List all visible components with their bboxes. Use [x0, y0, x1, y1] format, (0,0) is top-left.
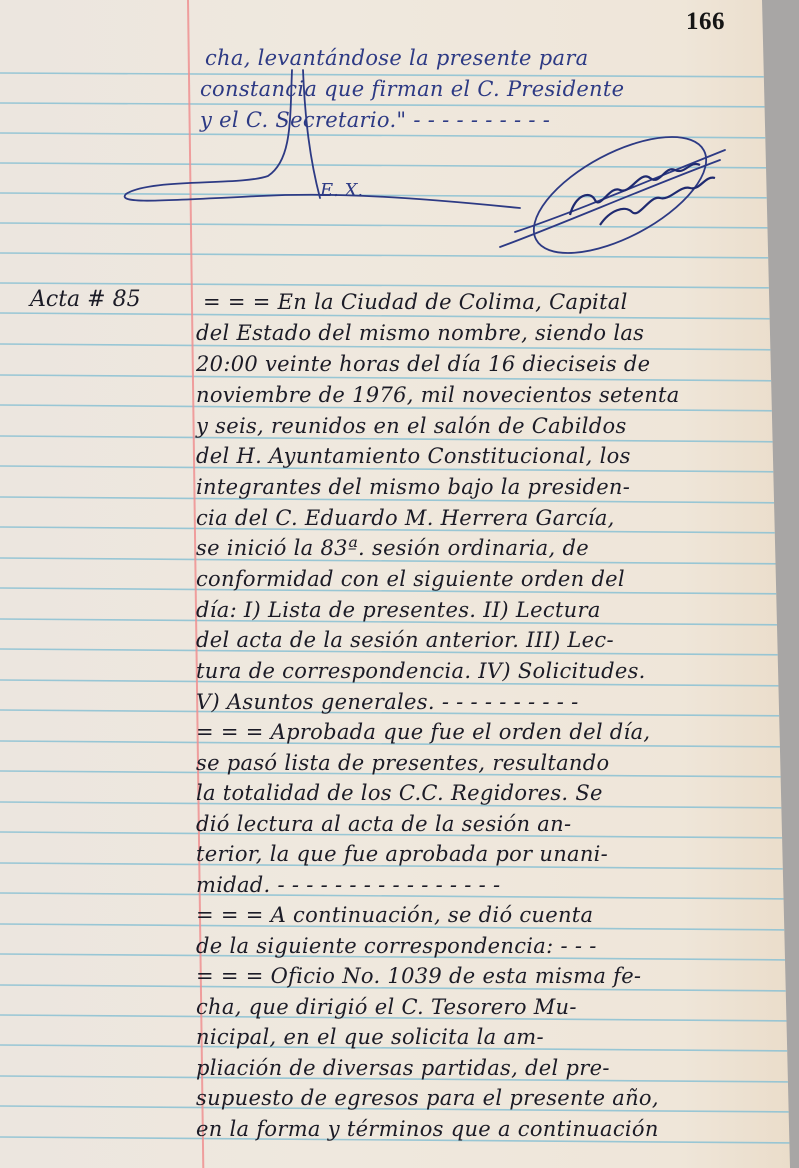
act-line: del acta de la sesión anterior. III) Lec… — [196, 628, 614, 652]
act-line: cha, que dirigió el C. Tesorero Mu- — [196, 995, 577, 1019]
act-line: y seis, reunidos en el salón de Cabildos — [196, 414, 627, 438]
act-line: se pasó lista de presentes, resultando — [196, 751, 609, 775]
act-line: midad. - - - - - - - - - - - - - - - - — [196, 873, 500, 897]
act-line: = = = A continuación, se dió cuenta — [196, 903, 593, 927]
act-line: = = = Aprobada que fue el orden del día, — [196, 720, 650, 744]
act-line: 20:00 veinte horas del día 16 dieciseis … — [196, 352, 650, 376]
act-line: del Estado del mismo nombre, siendo las — [196, 321, 644, 345]
act-line: terior, la que fue aprobada por unani- — [196, 842, 608, 866]
act-line: en la forma y términos que a continuació… — [196, 1117, 659, 1141]
act-line: = = = Oficio No. 1039 de esta misma fe- — [196, 964, 641, 988]
act-line: V) Asuntos generales. - - - - - - - - - … — [196, 690, 579, 714]
act-line: día: I) Lista de presentes. II) Lectura — [196, 598, 601, 622]
act-line: se inició la 83ª. sesión ordinaria, de — [196, 536, 589, 560]
act-line: cia del C. Eduardo M. Herrera García, — [196, 506, 615, 530]
act-line: pliación de diversas partidas, del pre- — [196, 1056, 610, 1080]
act-line: supuesto de egresos para el presente año… — [196, 1086, 659, 1110]
act-number-label: Acta # 85 — [30, 287, 141, 312]
svg-text:E. X.: E. X. — [319, 180, 363, 201]
act-line: tura de correspondencia. IV) Solicitudes… — [196, 659, 646, 683]
act-line: nicipal, en el que solicita la am- — [196, 1025, 544, 1049]
act-line: = = = En la Ciudad de Colima, Capital — [203, 290, 628, 314]
act-line: de la siguiente correspondencia: - - - — [196, 934, 597, 958]
act-line: conformidad con el siguiente orden del — [196, 567, 625, 591]
act-line: dió lectura al acta de la sesión an- — [196, 812, 571, 836]
act-line: noviembre de 1976, mil novecientos seten… — [196, 383, 680, 407]
act-line: la totalidad de los C.C. Regidores. Se — [196, 781, 603, 805]
signatures: E. X. — [0, 0, 799, 280]
act-line: integrantes del mismo bajo la presiden- — [196, 475, 630, 499]
act-line: del H. Ayuntamiento Constitucional, los — [196, 444, 631, 468]
